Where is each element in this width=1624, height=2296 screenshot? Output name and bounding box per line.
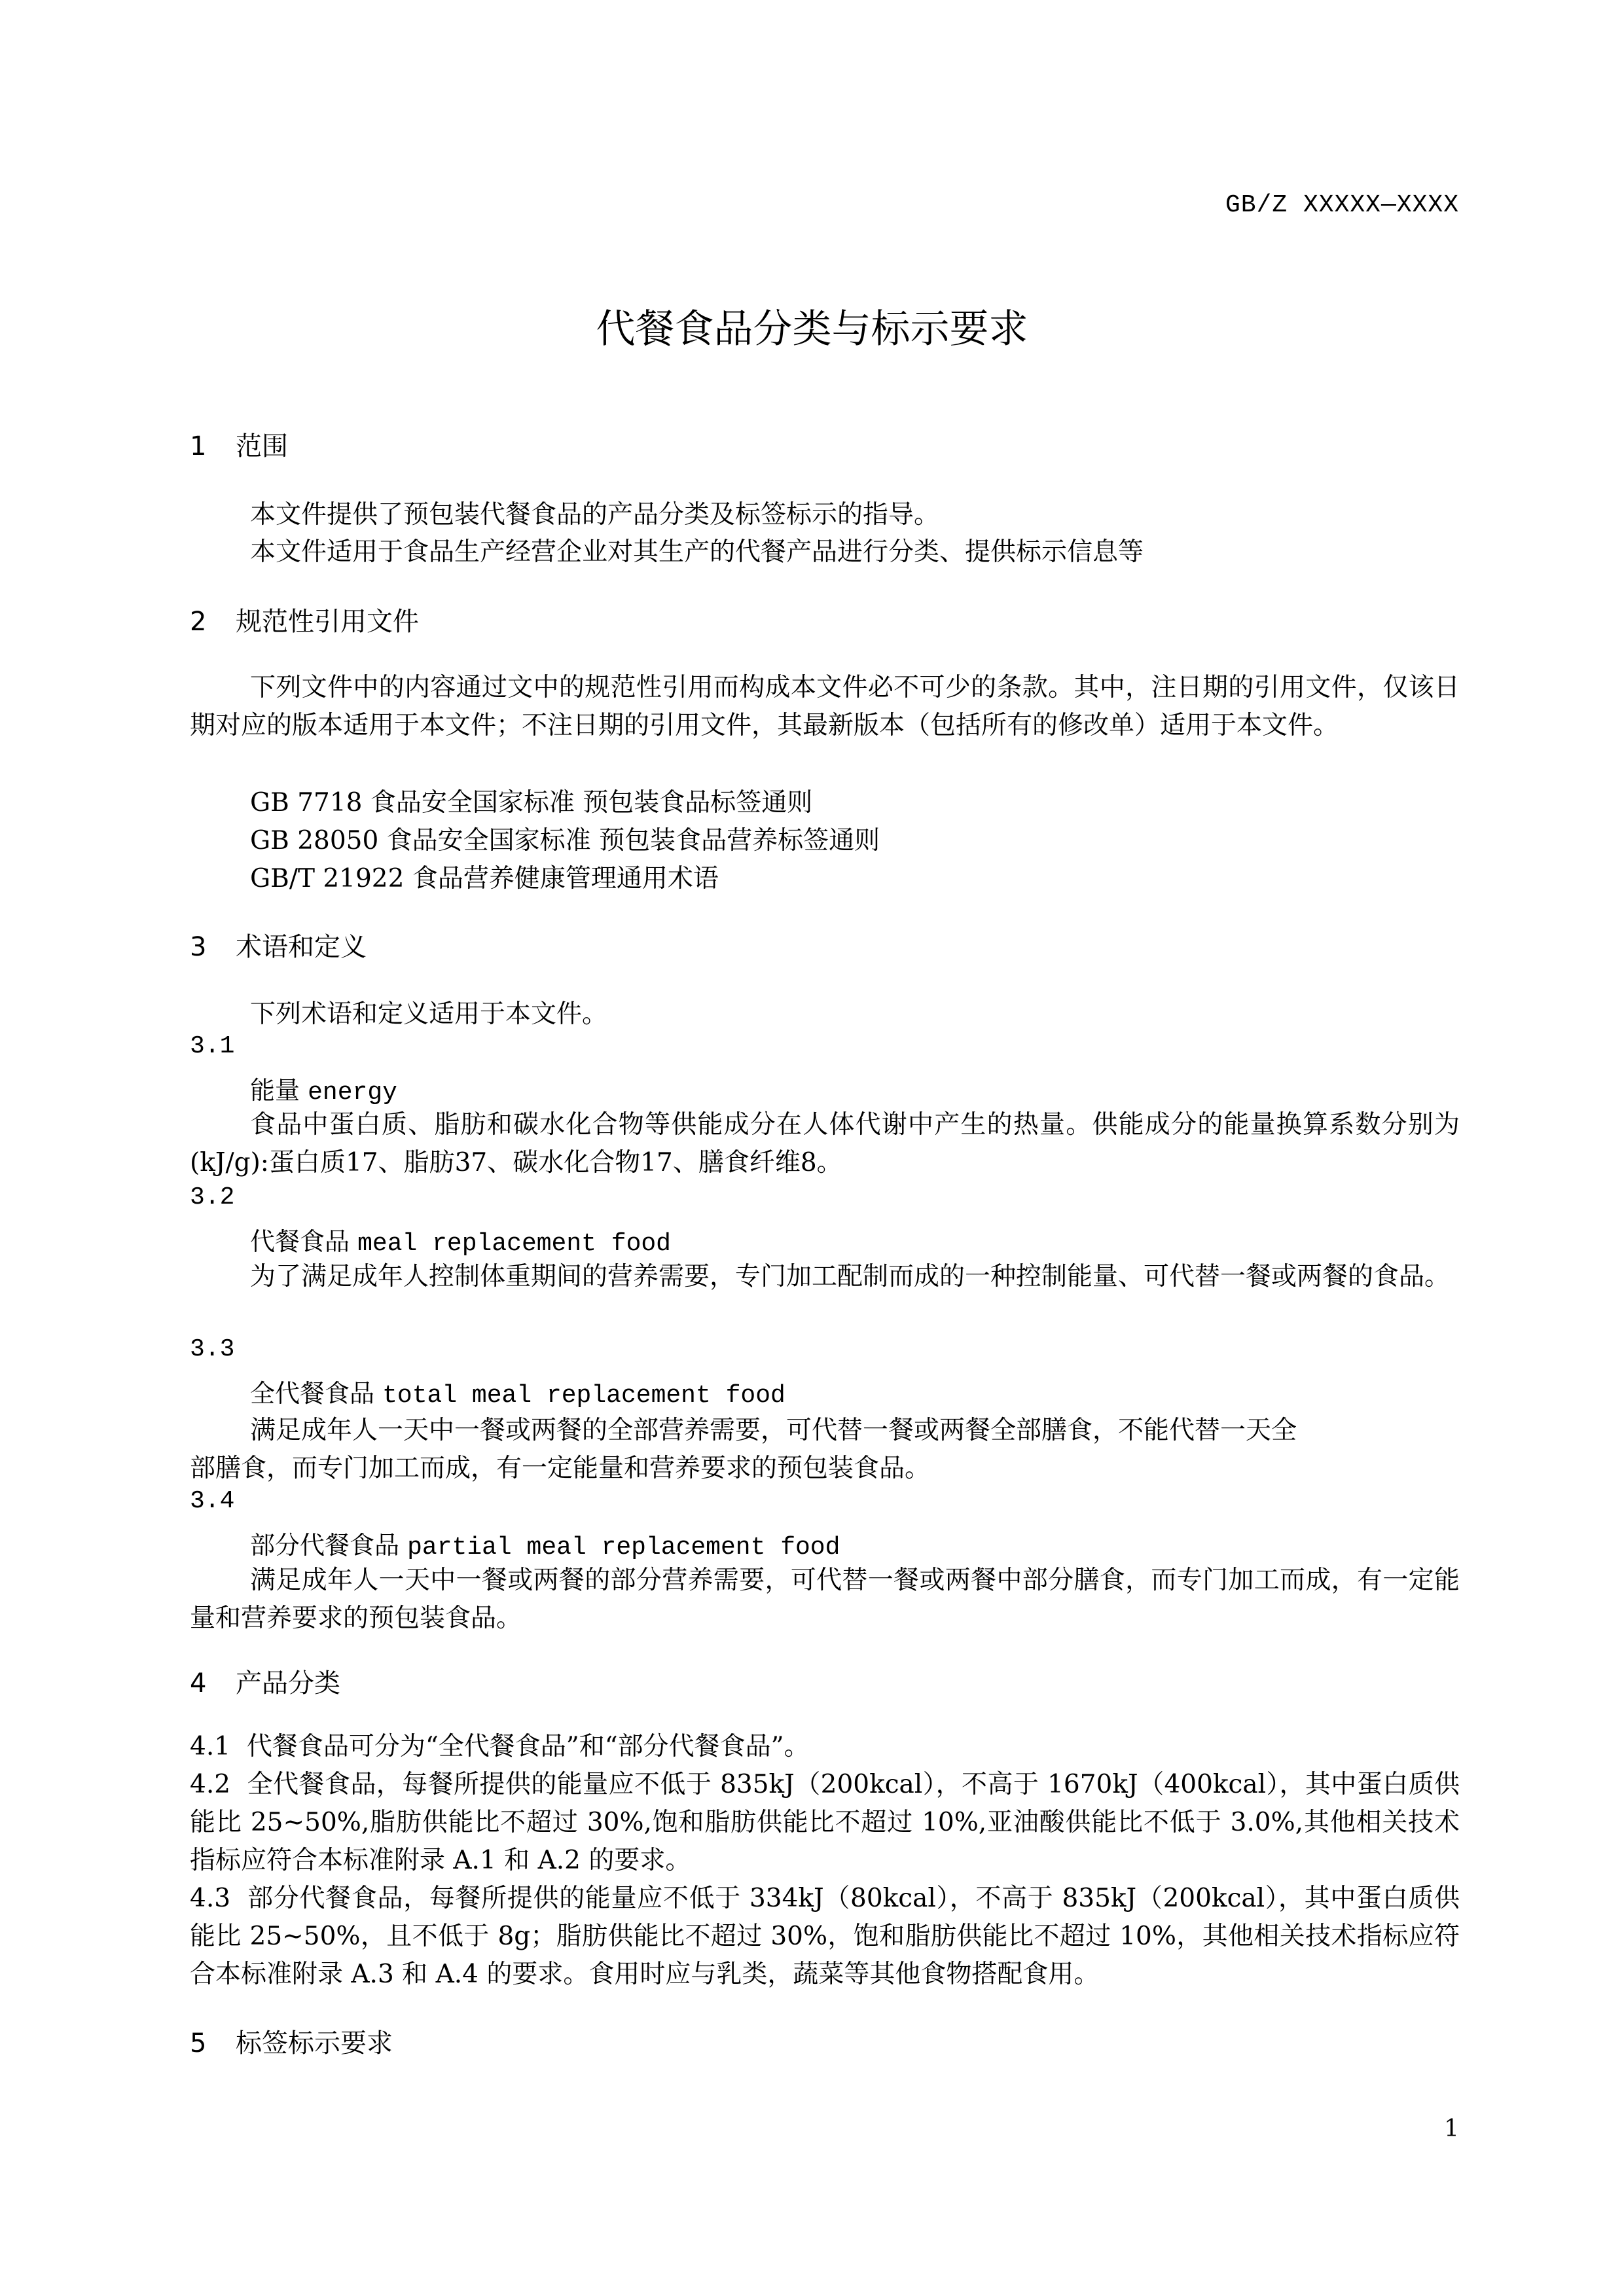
clause-number: 4.3 [190,1884,230,1913]
term-en: meal replacement food [357,1230,671,1258]
section-number: 1 [190,431,236,461]
section-heading-terms: 3术语和定义 [190,926,367,963]
document-title: 代餐食品分类与标示要求 [0,298,1624,354]
term-definition: 食品中蛋白质、脂肪和碳水化合物等供能成分在人体代谢中产生的热量。供能成分的能量换… [190,1106,1460,1182]
section-heading-scope: 1范围 [190,425,288,463]
term-zh: 部分代餐食品 [250,1531,399,1560]
term-heading: 能量 energy [250,1070,397,1107]
section-number: 4 [190,1668,236,1698]
section-number: 5 [190,2028,236,2058]
page-number: 1 [1444,2115,1459,2142]
term-en: total meal replacement food [382,1382,785,1410]
section-title: 规范性引用文件 [236,607,419,637]
paragraph: 下列术语和定义适用于本文件。 [250,994,607,1030]
paragraph: 本文件提供了预包装代餐食品的产品分类及标签标示的指导。 [250,494,939,531]
term-definition: 为了满足成年人控制体重期间的营养需要，专门加工配制而成的一种控制能量、可代替一餐… [190,1258,1460,1296]
section-title: 范围 [236,431,288,461]
clause-number: 4.1 [190,1732,230,1761]
standard-code: GB/Z XXXXX—XXXX [1225,191,1459,219]
reference-item: GB 7718 食品安全国家标准 预包装食品标签通则 [250,782,812,819]
term-number: 3.4 [190,1487,234,1515]
clause-4-1: 4.1 代餐食品可分为“全代餐食品”和“部分代餐食品”。 [190,1728,1460,1766]
section-title: 术语和定义 [236,932,367,962]
section-title: 标签标示要求 [236,2028,393,2058]
section-heading-classification: 4产品分类 [190,1662,340,1700]
clause-text: 代餐食品可分为“全代餐食品”和“部分代餐食品”。 [247,1732,810,1761]
section-number: 3 [190,932,236,962]
clause-text: 部分代餐食品，每餐所提供的能量应不低于 334kJ（80kcal），不高于 83… [190,1884,1460,1989]
section-title: 产品分类 [236,1668,340,1698]
term-heading: 部分代餐食品 partial meal replacement food [250,1525,840,1562]
reference-item: GB 28050 食品安全国家标准 预包装食品营养标签通则 [250,820,880,857]
section-heading-normative-references: 2规范性引用文件 [190,601,419,638]
clause-4-3: 4.3 部分代餐食品，每餐所提供的能量应不低于 334kJ（80kcal），不高… [190,1880,1460,1994]
clause-4-2: 4.2 全代餐食品，每餐所提供的能量应不低于 835kJ（200kcal），不高… [190,1766,1460,1880]
term-number: 3.1 [190,1032,234,1060]
clause-number: 4.2 [190,1770,230,1799]
term-zh: 代餐食品 [250,1227,350,1256]
term-definition: 满足成年人一天中一餐或两餐的部分营养需要，可代替一餐或两餐中部分膳食，而专门加工… [190,1562,1460,1638]
paragraph: 下列文件中的内容通过文中的规范性引用而构成本文件必不可少的条款。其中，注日期的引… [190,669,1460,745]
term-definition: 满足成年人一天中一餐或两餐的全部营养需要，可代替一餐或两餐全部膳食，不能代替一天… [250,1410,1297,1446]
term-definition: 部膳食，而专门加工而成，有一定能量和营养要求的预包装食品。 [190,1448,930,1484]
term-heading: 代餐食品 meal replacement food [250,1221,671,1258]
paragraph: 本文件适用于食品生产经营企业对其生产的代餐产品进行分类、提供标示信息等 [250,531,1144,568]
section-number: 2 [190,607,236,637]
clause-text: 全代餐食品，每餐所提供的能量应不低于 835kJ（200kcal），不高于 16… [190,1770,1460,1875]
term-number: 3.2 [190,1183,234,1211]
term-number: 3.3 [190,1335,234,1363]
reference-item: GB/T 21922 食品营养健康管理通用术语 [250,858,719,895]
section-heading-labeling: 5标签标示要求 [190,2022,393,2060]
term-zh: 全代餐食品 [250,1379,374,1408]
term-heading: 全代餐食品 total meal replacement food [250,1373,785,1410]
term-en: partial meal replacement food [407,1534,840,1562]
term-zh: 能量 [250,1076,300,1105]
term-en: energy [308,1079,397,1107]
